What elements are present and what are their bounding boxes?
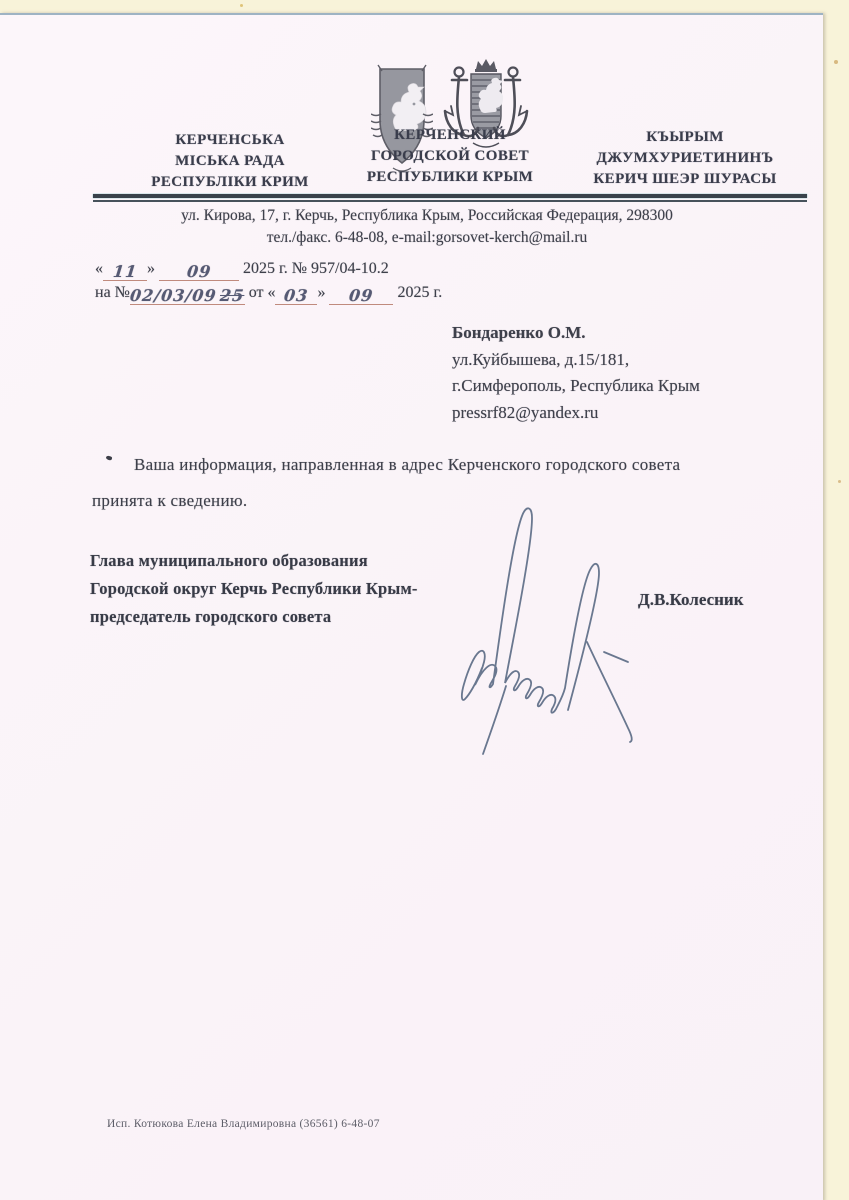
signer-title-line3: председатель городского совета (90, 603, 418, 631)
reply-prefix: на № (95, 284, 130, 301)
from-label: от (249, 284, 264, 301)
recipient-address-line1: ул.Куйбышева, д.15/181, (452, 347, 700, 374)
signer-name: Д.В.Колесник (638, 590, 744, 610)
quote-close: » (317, 284, 325, 301)
recipient-block: Бондаренко О.М. ул.Куйбышева, д.15/181, … (452, 320, 700, 426)
letter-paper: КЕРЧЕНСЬКА МІСЬКА РАДА РЕСПУБЛІКИ КРИМ К… (0, 13, 823, 1200)
org-name-line: КЪЫРЫМ (560, 127, 810, 148)
address-line2: тел./факс. 6-48-08, e-mail:gorsovet-kerc… (70, 227, 784, 249)
org-name-line: РЕСПУБЛИКИ КРЫМ (340, 167, 560, 188)
recipient-email: pressrf82@yandex.ru (452, 400, 700, 427)
signer-title-line1: Глава муниципального образования (90, 547, 418, 575)
scan-ink-dot (105, 455, 112, 461)
handwritten-day: 11 (112, 260, 139, 284)
org-name-crimean-tatar: КЪЫРЫМ ДЖУМХУРИЕТИНИНЪ КЕРИЧ ШЕЭР ШУРАСЫ (560, 127, 810, 190)
org-name-line: КЕРИЧ ШЕЭР ШУРАСЫ (560, 169, 810, 190)
org-name-ukrainian: КЕРЧЕНСЬКА МІСЬКА РАДА РЕСПУБЛІКИ КРИМ (110, 130, 350, 193)
scanned-letter-page: КЕРЧЕНСЬКА МІСЬКА РАДА РЕСПУБЛІКИ КРИМ К… (0, 0, 849, 1200)
org-name-line: ГОРОДСКОЙ СОВЕТ (340, 146, 560, 167)
outgoing-number: 2025 г. № 957/04-10.2 (243, 260, 389, 277)
handwritten-signature (452, 470, 662, 770)
outgoing-reference-line: «11» 09 2025 г. № 957/04-10.2 (95, 257, 442, 281)
incoming-reference-line: на №02/03/09 25 от «03» 09 2025 г. (95, 281, 442, 305)
handwritten-struck-digits: 25 (219, 284, 246, 308)
recipient-address-line2: г.Симферополь, Республика Крым (452, 373, 700, 400)
handwritten-from-month: 09 (348, 284, 375, 308)
scan-speck (240, 4, 243, 7)
body-text-line2: принята к сведению. (92, 491, 247, 511)
scan-speck (834, 60, 838, 64)
signer-title-line2: Городской округ Керчь Республики Крым- (90, 575, 418, 603)
executor-note: Исп. Котюкова Елена Владимировна (36561)… (107, 1118, 380, 1130)
from-year: 2025 г. (397, 284, 442, 301)
org-name-line: КЕРЧЕНСЬКА (110, 130, 350, 151)
recipient-name: Бондаренко О.М. (452, 320, 700, 347)
org-name-line: ДЖУМХУРИЕТИНИНЪ (560, 148, 810, 169)
signer-title-block: Глава муниципального образования Городск… (90, 547, 418, 631)
handwritten-from-day: 03 (283, 284, 310, 308)
scan-speck (838, 480, 841, 483)
address-line1: ул. Кирова, 17, г. Керчь, Республика Кры… (70, 205, 784, 227)
reference-block: «11» 09 2025 г. № 957/04-10.2 на №02/03/… (95, 257, 442, 305)
quote-open: « (95, 260, 103, 277)
org-name-russian: КЕРЧЕНСКИЙ ГОРОДСКОЙ СОВЕТ РЕСПУБЛИКИ КР… (340, 125, 560, 188)
org-address: ул. Кирова, 17, г. Керчь, Республика Кры… (70, 205, 784, 249)
handwritten-incoming-number: 02/03/09 (129, 284, 218, 308)
handwritten-month: 09 (186, 260, 213, 284)
org-name-line: МІСЬКА РАДА (110, 151, 350, 172)
quote-close: » (147, 260, 155, 277)
quote-open: « (267, 284, 275, 301)
org-name-line: КЕРЧЕНСКИЙ (340, 125, 560, 146)
header-divider-rule (93, 194, 807, 202)
org-name-line: РЕСПУБЛІКИ КРИМ (110, 172, 350, 193)
